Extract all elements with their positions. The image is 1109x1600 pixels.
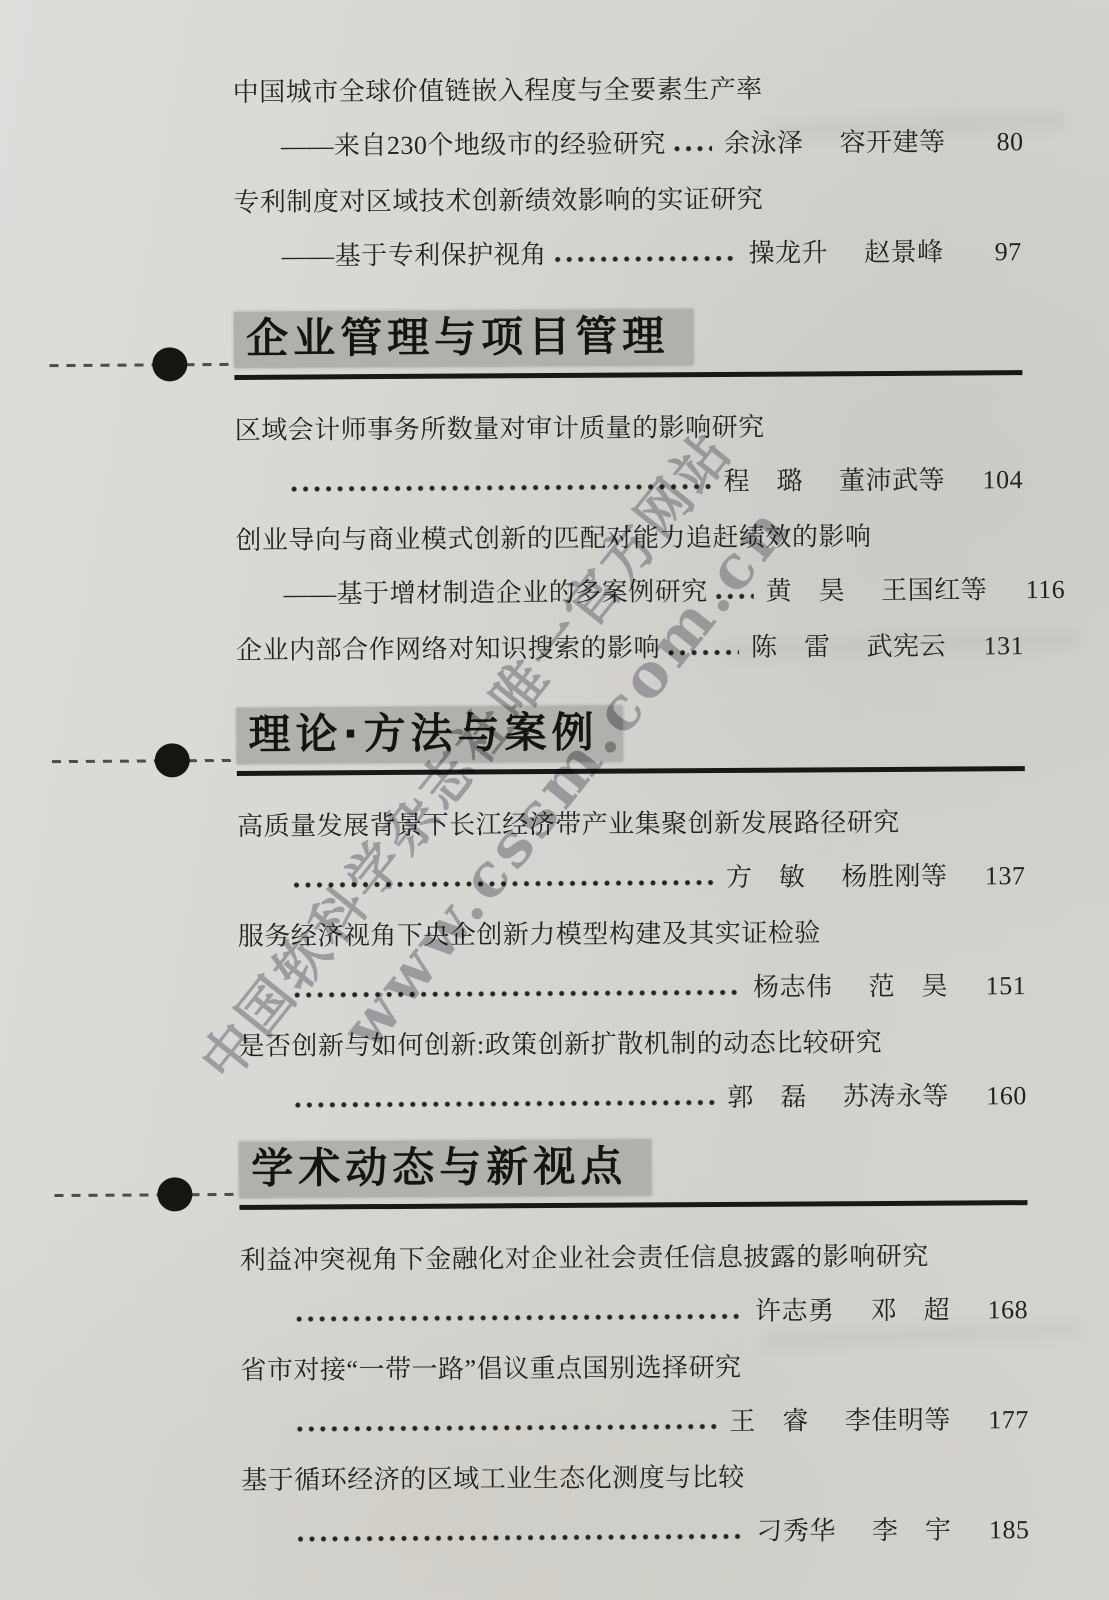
author-name: 黄 昊 (766, 576, 846, 606)
section-rule (237, 766, 1025, 776)
author-name: 王 睿 (729, 1406, 809, 1436)
entry-authors: 杨志伟范 昊 (753, 972, 948, 1003)
entry-title: 中国城市全球价值链嵌入程度与全要素生产率 (233, 73, 1021, 108)
entry-leader-line: 方 敏杨胜刚等137 (237, 861, 1025, 896)
author-name: 刁秀华 (756, 1516, 836, 1546)
author-name: 武宪云 (866, 632, 946, 662)
entry-authors: 余泳泽容开建等 (724, 128, 946, 159)
entry-leader-line: ——基于专利保护视角操龙升赵景峰97 (234, 237, 1022, 272)
entry-title: 是否创新与如何创新:政策创新扩散机制的动态比较研究 (238, 1027, 1026, 1062)
author-name: 董沛武等 (839, 466, 945, 497)
section-rule (239, 1200, 1027, 1210)
section-rule (234, 370, 1022, 380)
entry-leader-line: 许志勇邓 超168 (240, 1295, 1028, 1330)
entry-leader-line: 王 睿李佳明等177 (241, 1405, 1029, 1440)
entry-authors: 黄 昊王国红等 (766, 575, 988, 606)
leader-dots (714, 593, 754, 600)
author-name: 陈 雷 (751, 632, 831, 662)
author-name: 余泳泽 (724, 128, 804, 158)
entry-page-number: 160 (971, 1081, 1027, 1111)
section-title: 理论·方法与案例 (236, 706, 622, 764)
author-name: 郭 磊 (727, 1082, 807, 1112)
author-name: 杨胜刚等 (841, 862, 947, 893)
leader-dots (666, 649, 739, 656)
leader-dots (289, 483, 712, 493)
author-name: 杨志伟 (753, 972, 833, 1002)
entry-authors: 程 璐董沛武等 (723, 466, 945, 497)
toc-entry: 企业内部合作网络对知识搜索的影响陈 雷武宪云131 (236, 631, 1024, 666)
author-name: 李 宇 (872, 1516, 952, 1546)
entry-page-number: 151 (970, 971, 1026, 1001)
entry-page-number: 185 (973, 1515, 1029, 1545)
dashed-line (52, 759, 239, 763)
leader-dots (553, 255, 737, 263)
entry-subtitle: ——来自230个地级市的经验研究 (281, 129, 666, 161)
entry-title: 服务经济视角下央企创新力模型构建及其实证检验 (238, 917, 1026, 952)
entry-subtitle: 企业内部合作网络对知识搜索的影响 (236, 633, 660, 666)
entry-page-number: 116 (1009, 575, 1065, 605)
bullet-dot-icon (157, 1177, 192, 1211)
toc-entry: 基于循环经济的区域工业生态化测度与比较刁秀华李 宇185 (241, 1461, 1029, 1550)
entry-title: 基于循环经济的区域工业生态化测度与比较 (241, 1461, 1029, 1496)
section-entries: 高质量发展背景下长江经济带产业集聚创新发展路径研究方 敏杨胜刚等137服务经济视… (237, 807, 1027, 1116)
journal-toc-page: 中国城市全球价值链嵌入程度与全要素生产率——来自230个地级市的经验研究余泳泽容… (0, 0, 1109, 1600)
paper-sheet: 中国城市全球价值链嵌入程度与全要素生产率——来自230个地级市的经验研究余泳泽容… (0, 0, 1109, 1600)
section-title: 企业管理与项目管理 (234, 309, 693, 368)
section-bullet-marker (54, 1194, 241, 1195)
bullet-dot-icon (152, 347, 187, 381)
entry-page-number: 97 (966, 237, 1022, 267)
entry-authors: 王 睿李佳明等 (729, 1406, 951, 1437)
author-name: 邓 超 (871, 1296, 951, 1326)
toc-section-academic-trends: 学术动态与新视点 利益冲突视角下金融化对企业社会责任信息披露的影响研究许志勇邓 … (239, 1137, 1029, 1550)
entry-page-number: 168 (972, 1295, 1028, 1325)
entry-leader-line: ——基于增材制造企业的多案例研究黄 昊王国红等116 (236, 575, 1024, 610)
section-bullet-marker (49, 364, 236, 365)
toc-entry: 省市对接“一带一路”倡议重点国别选择研究王 睿李佳明等177 (240, 1351, 1028, 1440)
toc-section-theory-methods-cases: 理论·方法与案例 高质量发展背景下长江经济带产业集聚创新发展路径研究方 敏杨胜刚… (236, 703, 1026, 1116)
entry-page-number: 137 (969, 861, 1025, 891)
entry-subtitle: ——基于专利保护视角 (282, 240, 547, 272)
dashed-line (54, 1193, 241, 1197)
entry-authors: 方 敏杨胜刚等 (726, 862, 948, 893)
leader-dots (291, 879, 714, 889)
section-bullet-marker (52, 760, 239, 761)
toc-content: 中国城市全球价值链嵌入程度与全要素生产率——来自230个地级市的经验研究余泳泽容… (233, 73, 1030, 1550)
toc-entry: 利益冲突视角下金融化对企业社会责任信息披露的影响研究许志勇邓 超168 (240, 1241, 1028, 1330)
entry-title: 省市对接“一带一路”倡议重点国别选择研究 (240, 1351, 1028, 1386)
author-name: 容开建等 (839, 128, 945, 159)
section-header: 理论·方法与案例 (236, 703, 1024, 776)
entry-authors: 操龙升赵景峰 (749, 238, 944, 269)
entry-page-number: 104 (967, 465, 1023, 495)
dashed-line (49, 363, 236, 367)
entry-page-number: 177 (973, 1405, 1029, 1435)
section-entries: 区域会计师事务所数量对审计质量的影响研究程 璐董沛武等104创业导向与商业模式创… (235, 411, 1025, 666)
toc-entry: 是否创新与如何创新:政策创新扩散机制的动态比较研究郭 磊苏涛永等160 (238, 1027, 1026, 1116)
leader-dots (672, 145, 712, 152)
toc-entry: 中国城市全球价值链嵌入程度与全要素生产率——来自230个地级市的经验研究余泳泽容… (233, 73, 1021, 162)
author-name: 许志勇 (755, 1296, 835, 1326)
author-name: 苏涛永等 (843, 1082, 949, 1113)
entry-leader-line: 企业内部合作网络对知识搜索的影响陈 雷武宪云131 (236, 631, 1024, 666)
entry-authors: 陈 雷武宪云 (751, 632, 946, 663)
section-header: 学术动态与新视点 (239, 1137, 1027, 1210)
leader-dots (292, 989, 741, 999)
toc-entry: 专利制度对区域技术创新绩效影响的实证研究——基于专利保护视角操龙升赵景峰97 (233, 183, 1021, 272)
entry-leader-line: 刁秀华李 宇185 (241, 1515, 1029, 1550)
leader-dots (295, 1533, 744, 1543)
toc-entry: 高质量发展背景下长江经济带产业集聚创新发展路径研究方 敏杨胜刚等137 (237, 807, 1025, 896)
author-name: 程 璐 (723, 466, 803, 496)
author-name: 王国红等 (881, 575, 987, 606)
leader-dots (295, 1423, 718, 1433)
author-name: 操龙升 (749, 238, 829, 268)
toc-section-enterprise-management: 企业管理与项目管理 区域会计师事务所数量对审计质量的影响研究程 璐董沛武等104… (234, 307, 1024, 666)
entry-title: 利益冲突视角下金融化对企业社会责任信息披露的影响研究 (240, 1241, 1028, 1276)
entry-leader-line: 程 璐董沛武等104 (235, 465, 1023, 500)
entry-subtitle: ——基于增材制造企业的多案例研究 (284, 577, 708, 610)
section-title: 学术动态与新视点 (239, 1139, 651, 1198)
entry-page-number: 80 (967, 127, 1023, 157)
toc-entry: 创业导向与商业模式创新的匹配对能力追赶绩效的影响——基于增材制造企业的多案例研究… (235, 521, 1023, 610)
entry-leader-line: 郭 磊苏涛永等160 (239, 1081, 1027, 1116)
bullet-dot-icon (155, 743, 190, 777)
author-name: 方 敏 (726, 862, 806, 892)
author-name: 范 昊 (869, 972, 949, 1002)
entry-title: 专利制度对区域技术创新绩效影响的实证研究 (233, 183, 1021, 218)
leader-dots (294, 1313, 743, 1323)
author-name: 李佳明等 (845, 1406, 951, 1437)
toc-entry: 服务经济视角下央企创新力模型构建及其实证检验杨志伟范 昊151 (238, 917, 1026, 1006)
entry-title: 区域会计师事务所数量对审计质量的影响研究 (235, 411, 1023, 446)
entry-authors: 郭 磊苏涛永等 (727, 1082, 949, 1113)
entry-authors: 刁秀华李 宇 (756, 1516, 951, 1547)
entry-leader-line: ——来自230个地级市的经验研究余泳泽容开建等80 (233, 127, 1021, 162)
entry-title: 高质量发展背景下长江经济带产业集聚创新发展路径研究 (237, 807, 1025, 842)
toc-entry: 区域会计师事务所数量对审计质量的影响研究程 璐董沛武等104 (235, 411, 1023, 500)
entry-authors: 许志勇邓 超 (755, 1296, 950, 1327)
section-entries: 利益冲突视角下金融化对企业社会责任信息披露的影响研究许志勇邓 超168省市对接“… (240, 1241, 1030, 1550)
leader-dots (293, 1099, 716, 1109)
pre-section-entries: 中国城市全球价值链嵌入程度与全要素生产率——来自230个地级市的经验研究余泳泽容… (233, 73, 1022, 272)
entry-title: 创业导向与商业模式创新的匹配对能力追赶绩效的影响 (235, 521, 1023, 556)
entry-leader-line: 杨志伟范 昊151 (238, 971, 1026, 1006)
section-header: 企业管理与项目管理 (234, 307, 1022, 380)
entry-page-number: 131 (968, 631, 1024, 661)
author-name: 赵景峰 (864, 238, 944, 268)
